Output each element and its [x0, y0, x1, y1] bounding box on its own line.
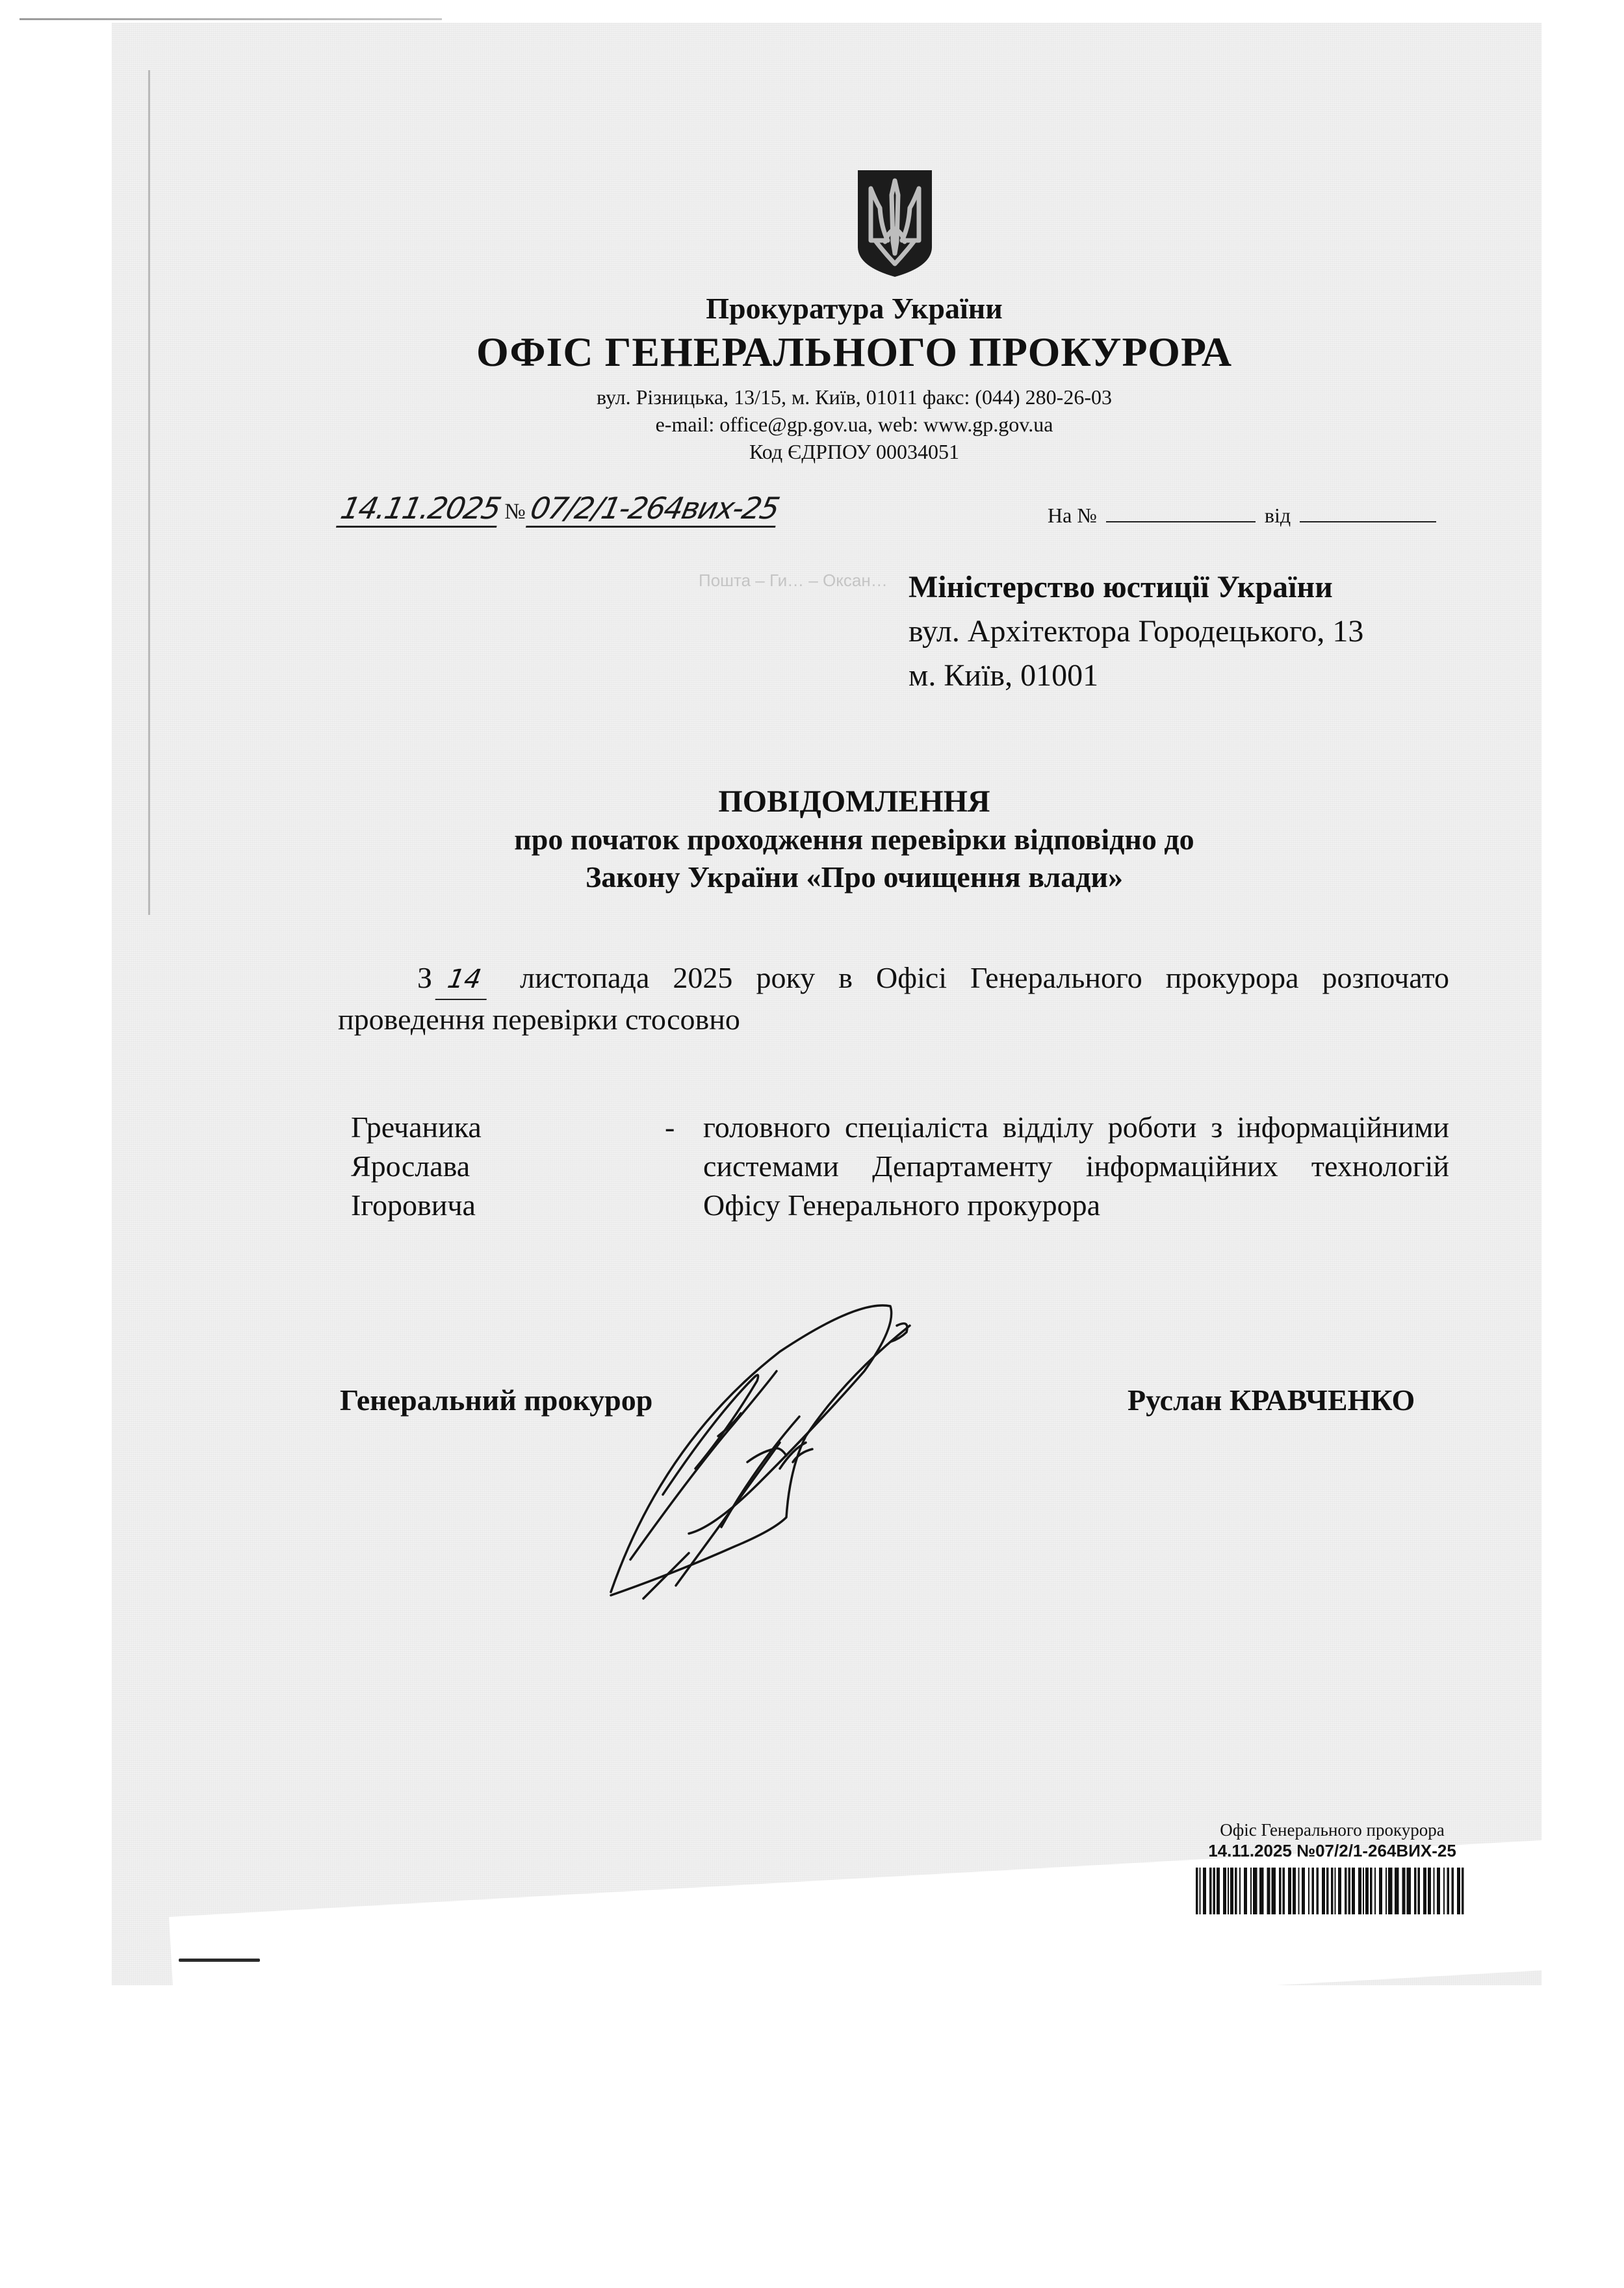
body-paragraph: З14 листопада 2025 року в Офісі Генераль… — [338, 958, 1449, 1039]
issuer-email-web: e-mail: office@gp.gov.ua, web: www.gp.go… — [84, 411, 1624, 438]
barcode-icon — [1196, 1868, 1469, 1914]
issuer-parent-org: Прокуратура України — [0, 291, 1624, 326]
issuer-edrpou: Код ЄДРПОУ 00034051 — [84, 438, 1624, 465]
recipient-block: Міністерство юстиції України вул. Архіте… — [909, 565, 1363, 698]
subject-position: головного спеціаліста відділу роботи з і… — [703, 1108, 1449, 1225]
handwritten-signature-icon — [585, 1274, 1202, 1612]
notice-subtitle-line1: про початок проходження перевірки відпов… — [84, 821, 1624, 858]
subject-surname: Гречаника — [351, 1108, 611, 1147]
issuer-address: вул. Різницька, 13/15, м. Київ, 01011 фа… — [84, 383, 1624, 411]
body-handwritten-day: 14 — [435, 960, 494, 1000]
document-page: Прокуратура України ОФІС ГЕНЕРАЛЬНОГО ПР… — [0, 0, 1624, 2288]
incoming-date-blank — [1300, 504, 1436, 522]
subject-first-name: Ярослава — [351, 1147, 611, 1186]
bleed-through-text: Пошта – Ги… – Оксан… — [699, 571, 888, 591]
number-sign: № — [504, 500, 525, 524]
incoming-reference: На №від — [1048, 504, 1436, 528]
recipient-name: Міністерство юстиції України — [909, 565, 1363, 610]
notice-subtitle-line2: Закону України «Про очищення влади» — [84, 858, 1624, 896]
recipient-street: вул. Архітектора Городецького, 13 — [909, 610, 1363, 654]
subject-patronymic: Ігоровича — [351, 1186, 611, 1225]
issuer-org-name: ОФІС ГЕНЕРАЛЬНОГО ПРОКУРОРА — [0, 328, 1624, 376]
incoming-number-label: На № — [1048, 504, 1097, 527]
registration-number: 14.11.2025 №07/2/1-264ВИХ-25 — [1189, 1840, 1475, 1861]
coat-of-arms-icon — [857, 169, 933, 278]
body-prefix: З — [417, 961, 432, 994]
outgoing-date: 14.11.2025 — [336, 491, 505, 528]
subject-dash: - — [665, 1108, 675, 1147]
outgoing-reference: 14.11.2025№07/2/1-264вих-25 — [340, 491, 779, 528]
recipient-city: м. Київ, 01001 — [909, 654, 1363, 698]
body-text: листопада 2025 року в Офісі Генерального… — [338, 961, 1449, 1036]
registration-stamp: Офіс Генерального прокурора 14.11.2025 №… — [1189, 1819, 1475, 1914]
notice-title-block: ПОВІДОМЛЕННЯ про початок проходження пер… — [0, 783, 1624, 896]
notice-title: ПОВІДОМЛЕННЯ — [84, 783, 1624, 821]
outgoing-number: 07/2/1-264вих-25 — [526, 491, 783, 528]
registration-org: Офіс Генерального прокурора — [1189, 1819, 1475, 1840]
subject-name: Гречаника Ярослава Ігоровича — [351, 1108, 611, 1225]
incoming-number-blank — [1106, 504, 1256, 522]
incoming-date-label: від — [1265, 504, 1291, 527]
issuer-contacts: вул. Різницька, 13/15, м. Київ, 01011 фа… — [0, 383, 1624, 465]
